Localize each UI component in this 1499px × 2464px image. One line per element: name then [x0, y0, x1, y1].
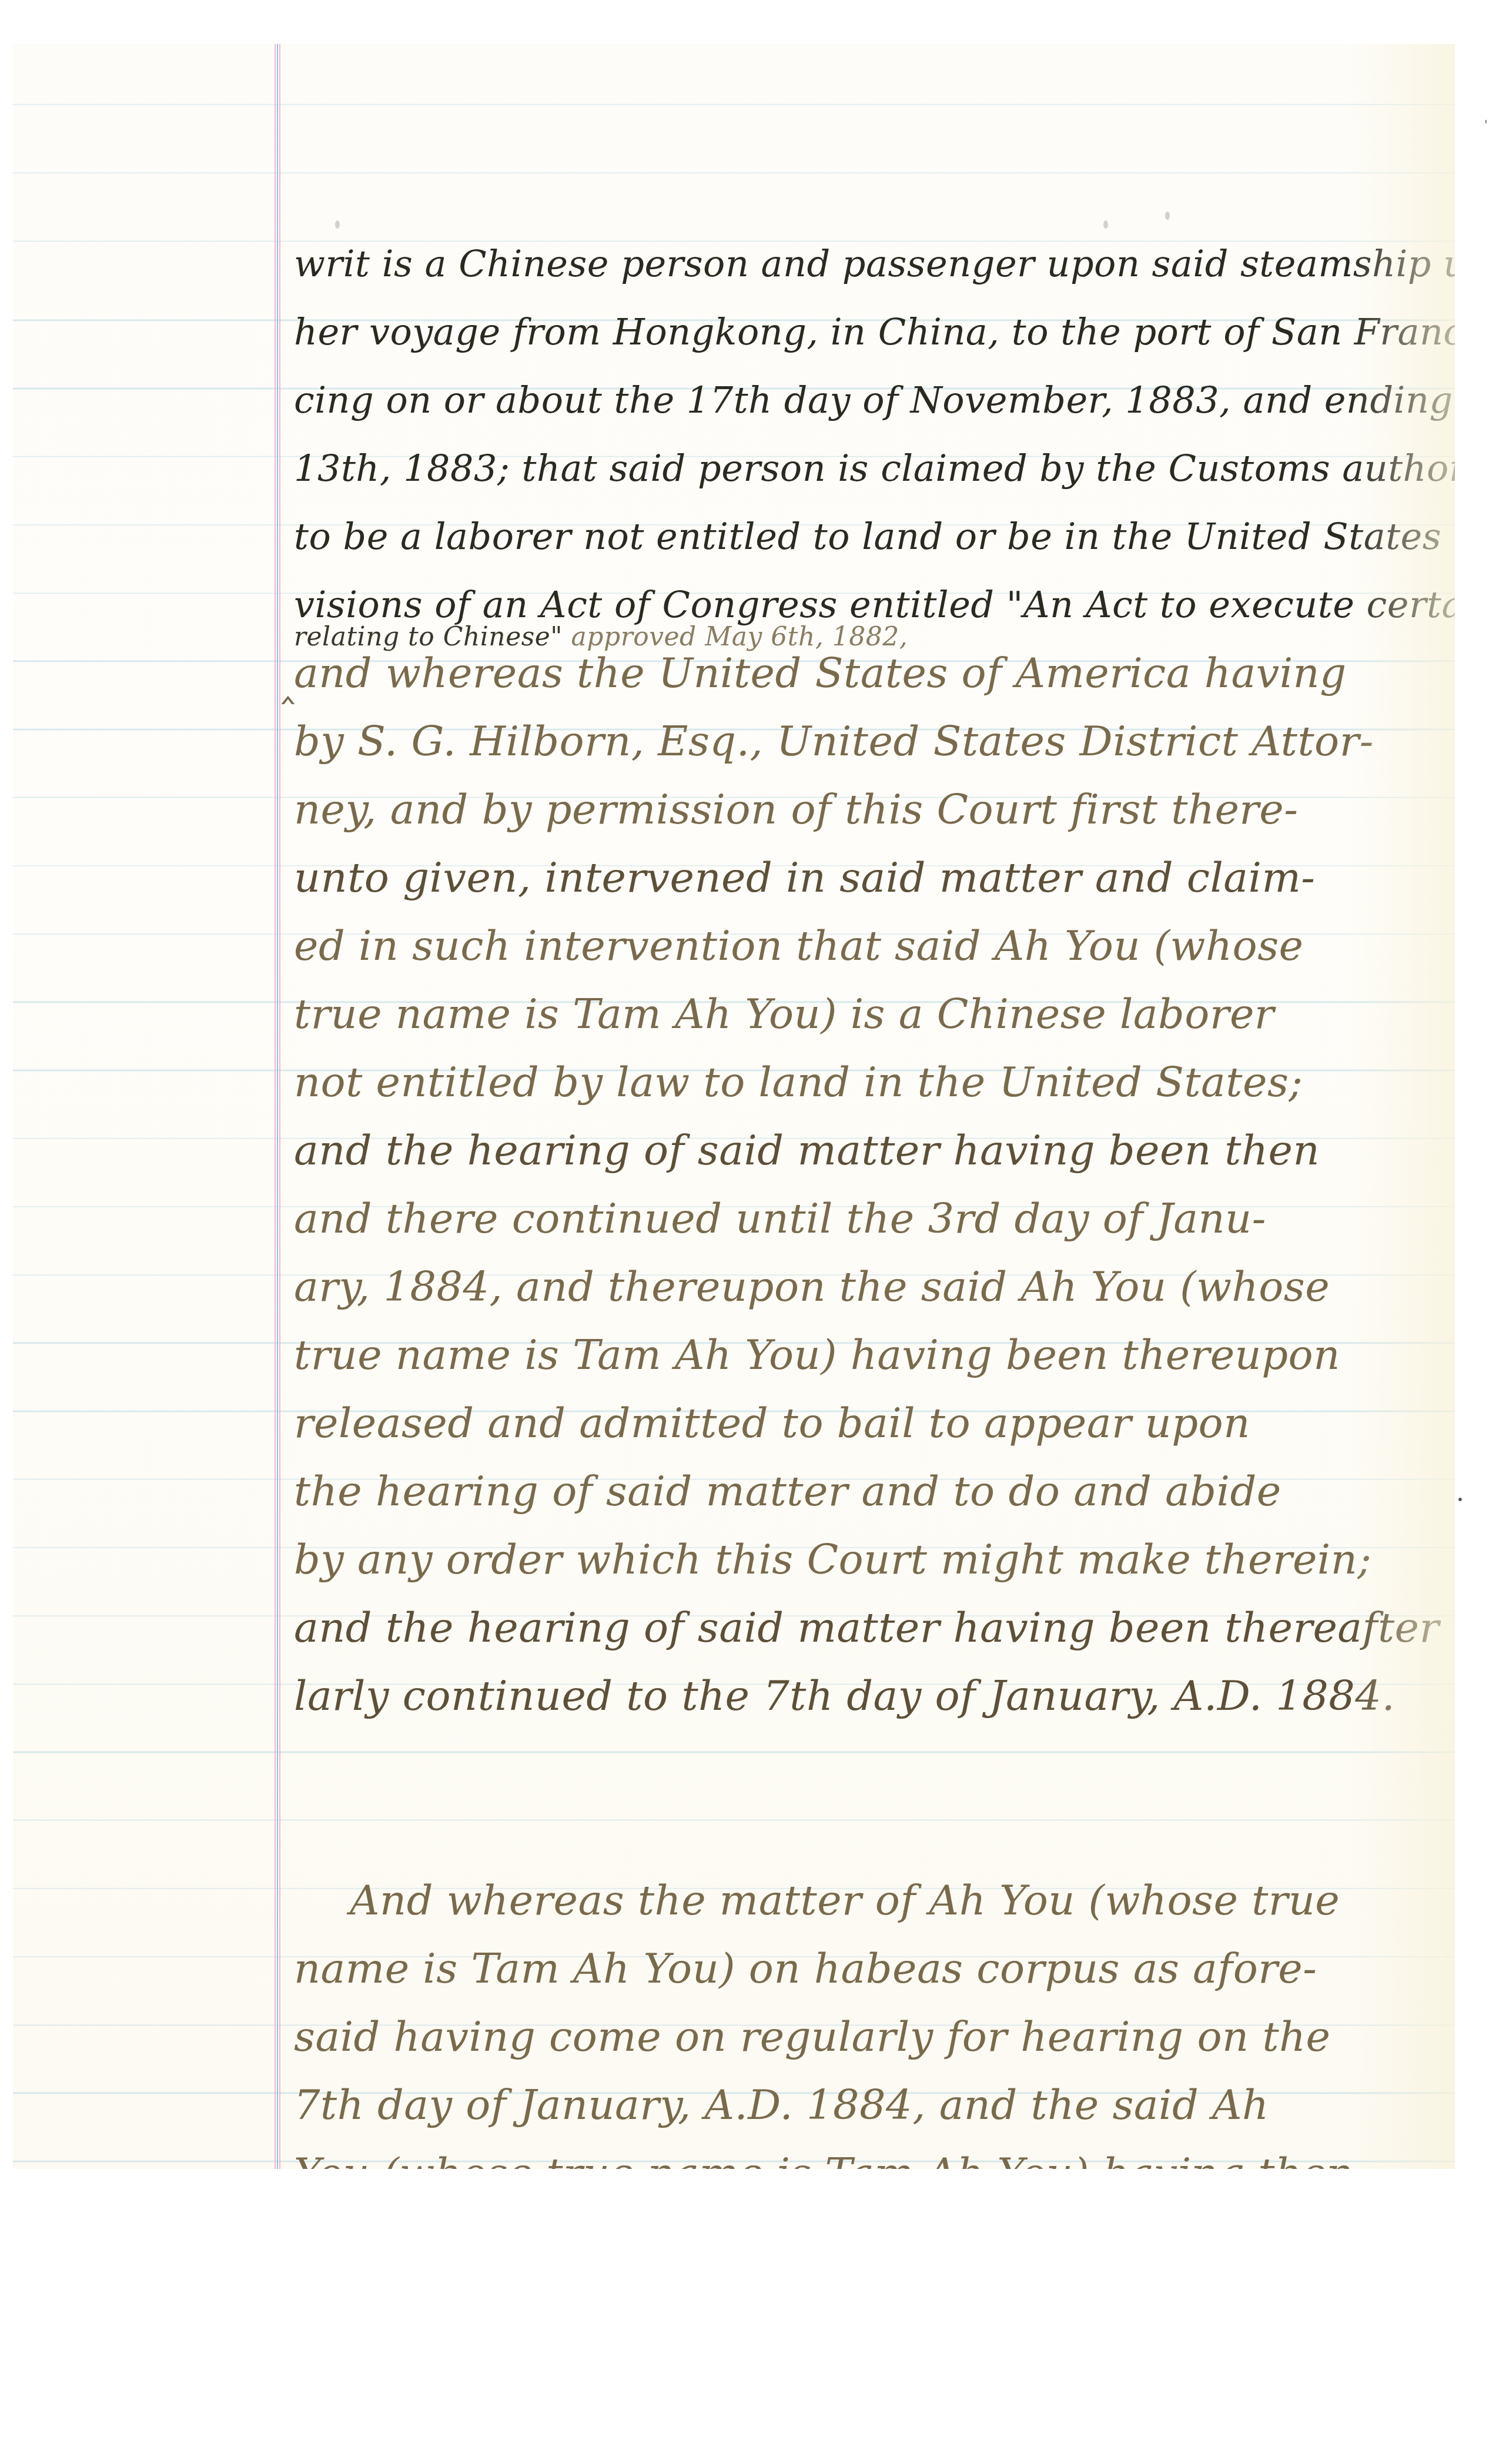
- insertion-caret-icon: ‸: [281, 657, 295, 705]
- manuscript-line: ney, and by permission of this Court fir…: [294, 775, 1440, 843]
- manuscript-line: ary, 1884, and thereupon the said Ah You…: [294, 1253, 1440, 1321]
- manuscript-line-text: visions of an Act of Congress entitled "…: [294, 583, 1455, 626]
- manuscript-line: released and admitted to bail to appear …: [294, 1389, 1440, 1457]
- speck: [335, 220, 340, 229]
- manuscript-line: and there continued until the 3rd day of…: [294, 1184, 1440, 1253]
- manuscript-line: and whereas the United States of America…: [294, 639, 1440, 707]
- paragraph-gap: [294, 1730, 1440, 1866]
- margin-rule: [273, 44, 282, 2169]
- manuscript-line: writ is a Chinese person and passenger u…: [294, 230, 1440, 298]
- manuscript-line: not entitled by law to land in the Unite…: [294, 1048, 1440, 1116]
- document-page: writ is a Chinese person and passenger u…: [13, 44, 1455, 2169]
- manuscript-line: to be a laborer not entitled to land or …: [294, 503, 1440, 571]
- manuscript-line: name is Tam Ah You) on habeas corpus as …: [294, 1934, 1440, 2003]
- speck: [1103, 220, 1108, 229]
- manuscript-line: unto given, intervened in said matter an…: [294, 843, 1440, 912]
- manuscript-line: by any order which this Court might make…: [294, 1525, 1440, 1593]
- manuscript-line: and the hearing of said matter having be…: [294, 1593, 1440, 1662]
- scan-speck: ': [1484, 118, 1488, 132]
- manuscript-line: the hearing of said matter and to do and…: [294, 1457, 1440, 1525]
- manuscript-line: 13th, 1883; that said person is claimed …: [294, 434, 1440, 503]
- section-lower-brown-ink: And whereas the matter of Ah You (whose …: [294, 1866, 1440, 2169]
- section-middle-brown-ink: ‸ and whereas the United States of Ameri…: [294, 639, 1440, 1730]
- section-upper-black-ink: writ is a Chinese person and passenger u…: [294, 230, 1440, 639]
- speck: [1165, 212, 1170, 220]
- manuscript-line: by S. G. Hilborn, Esq., United States Di…: [294, 707, 1440, 775]
- manuscript-line: visions of an Act of Congress entitled "…: [294, 571, 1440, 639]
- manuscript-line: You (whose true name is Tam Ah You) havi…: [294, 2139, 1440, 2169]
- manuscript-line: and the hearing of said matter having be…: [294, 1116, 1440, 1184]
- manuscript-line: 7th day of January, A.D. 1884, and the s…: [294, 2071, 1440, 2139]
- manuscript-line: true name is Tam Ah You) having been the…: [294, 1321, 1440, 1389]
- manuscript-line: And whereas the matter of Ah You (whose …: [294, 1866, 1440, 1934]
- manuscript-body: writ is a Chinese person and passenger u…: [294, 230, 1440, 2169]
- manuscript-line: her voyage from Hongkong, in China, to t…: [294, 298, 1440, 366]
- manuscript-line: true name is Tam Ah You) is a Chinese la…: [294, 980, 1440, 1048]
- manuscript-line: cing on or about the 17th day of Novembe…: [294, 366, 1440, 434]
- manuscript-line: larly continued to the 7th day of Januar…: [294, 1662, 1440, 1730]
- scan-speck: •: [1457, 1493, 1464, 1507]
- manuscript-line: said having come on regularly for hearin…: [294, 2003, 1440, 2071]
- manuscript-line: ed in such intervention that said Ah You…: [294, 912, 1440, 980]
